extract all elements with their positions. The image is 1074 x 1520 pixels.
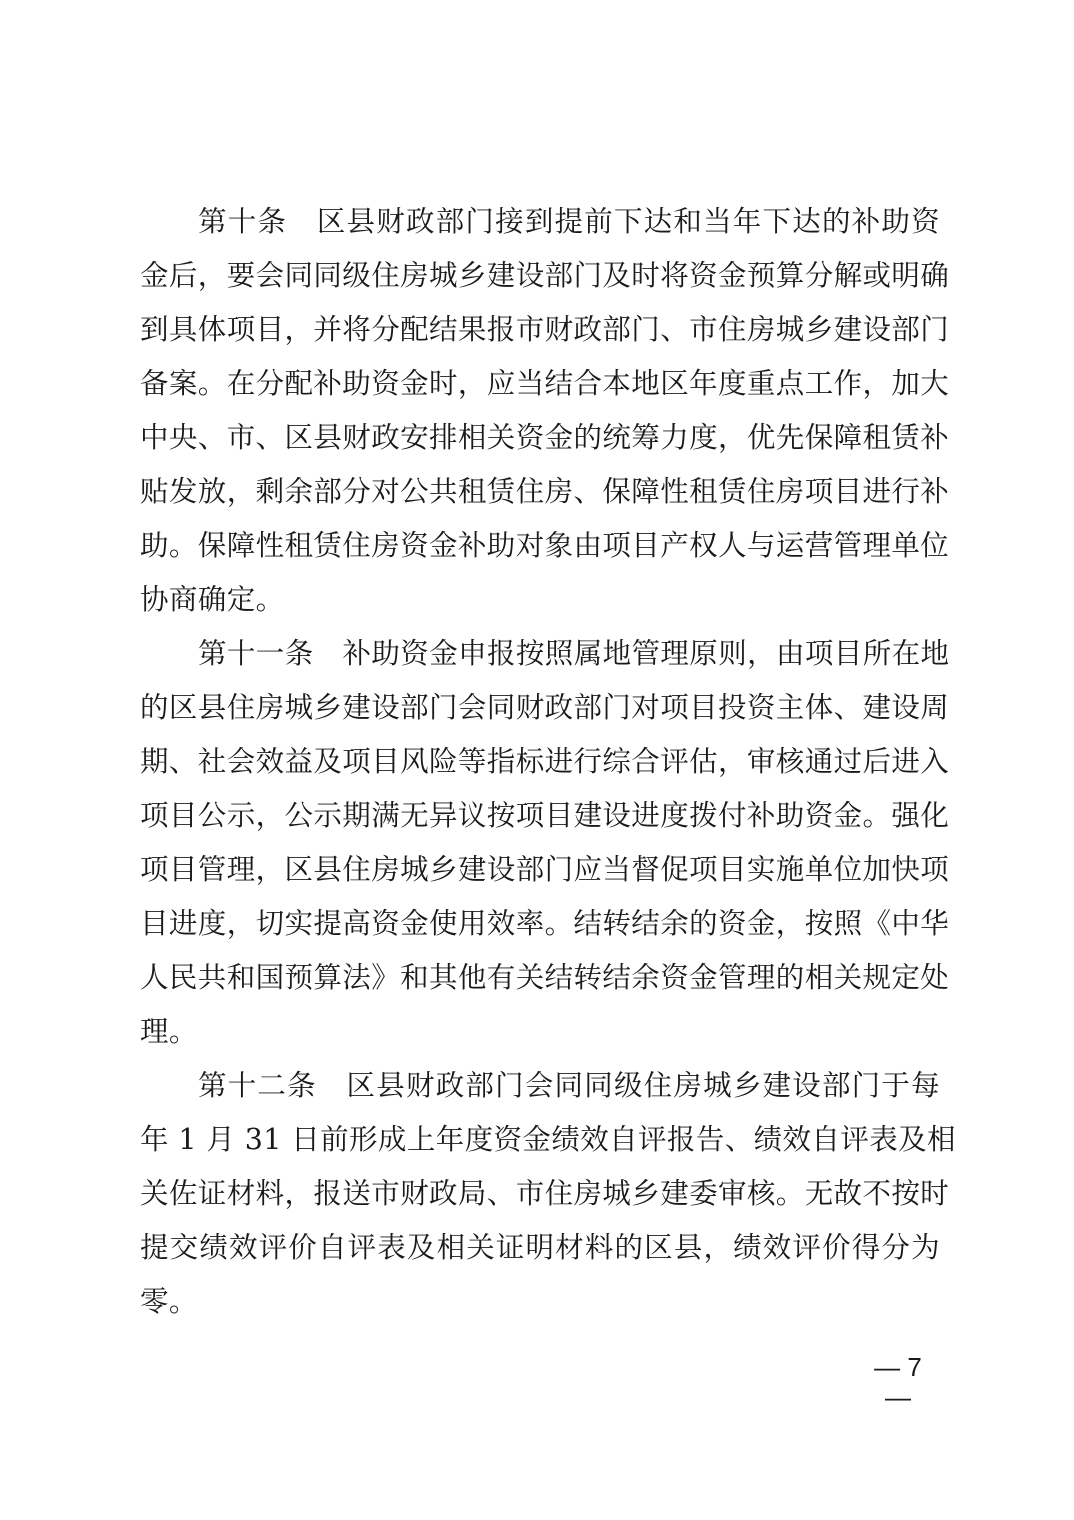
article-11-line-1: 第十一条 补助资金申报按照属地管理原则，由项目所在地 [198, 634, 940, 674]
article-11-line-8: 理。 [140, 1012, 940, 1052]
article-10-line-7: 助。保障性租赁住房资金补助对象由项目产权人与运营管理单位 [140, 526, 940, 566]
article-11-line-2: 的区县住房城乡建设部门会同财政部门对项目投资主体、建设周 [140, 688, 940, 728]
article-12-line-2: 年 1 月 31 日前形成上年度资金绩效自评报告、绩效自评表及相 [140, 1120, 940, 1160]
article-11-line-4: 项目公示，公示期满无异议按项目建设进度拨付补助资金。强化 [140, 796, 940, 836]
article-11-line-6: 目进度，切实提高资金使用效率。结转结余的资金，按照《中华 [140, 904, 940, 944]
article-12-line-4: 提交绩效评价自评表及相关证明材料的区县，绩效评价得分为 [140, 1228, 940, 1268]
article-10-line-2: 金后，要会同同级住房城乡建设部门及时将资金预算分解或明确 [140, 256, 940, 296]
article-10-line-5: 中央、市、区县财政安排相关资金的统筹力度，优先保障租赁补 [140, 418, 940, 458]
article-12-line-3: 关佐证材料，报送市财政局、市住房城乡建委审核。无故不按时 [140, 1174, 940, 1214]
article-12-line-5: 零。 [140, 1282, 940, 1322]
page-number: — 7 — [858, 1352, 938, 1382]
article-11-line-5: 项目管理，区县住房城乡建设部门应当督促项目实施单位加快项 [140, 850, 940, 890]
article-12-line-1: 第十二条 区县财政部门会同同级住房城乡建设部门于每 [198, 1066, 940, 1106]
article-11-line-7: 人民共和国预算法》和其他有关结转结余资金管理的相关规定处 [140, 958, 940, 998]
article-10-line-1: 第十条 区县财政部门接到提前下达和当年下达的补助资 [198, 202, 940, 242]
document-page: 第十条 区县财政部门接到提前下达和当年下达的补助资 金后，要会同同级住房城乡建设… [0, 0, 1074, 1520]
article-10-line-4: 备案。在分配补助资金时，应当结合本地区年度重点工作，加大 [140, 364, 940, 404]
article-10-line-6: 贴发放，剩余部分对公共租赁住房、保障性租赁住房项目进行补 [140, 472, 940, 512]
article-10-line-3: 到具体项目，并将分配结果报市财政部门、市住房城乡建设部门 [140, 310, 940, 350]
article-10-line-8: 协商确定。 [140, 580, 940, 620]
article-11-line-3: 期、社会效益及项目风险等指标进行综合评估，审核通过后进入 [140, 742, 940, 782]
